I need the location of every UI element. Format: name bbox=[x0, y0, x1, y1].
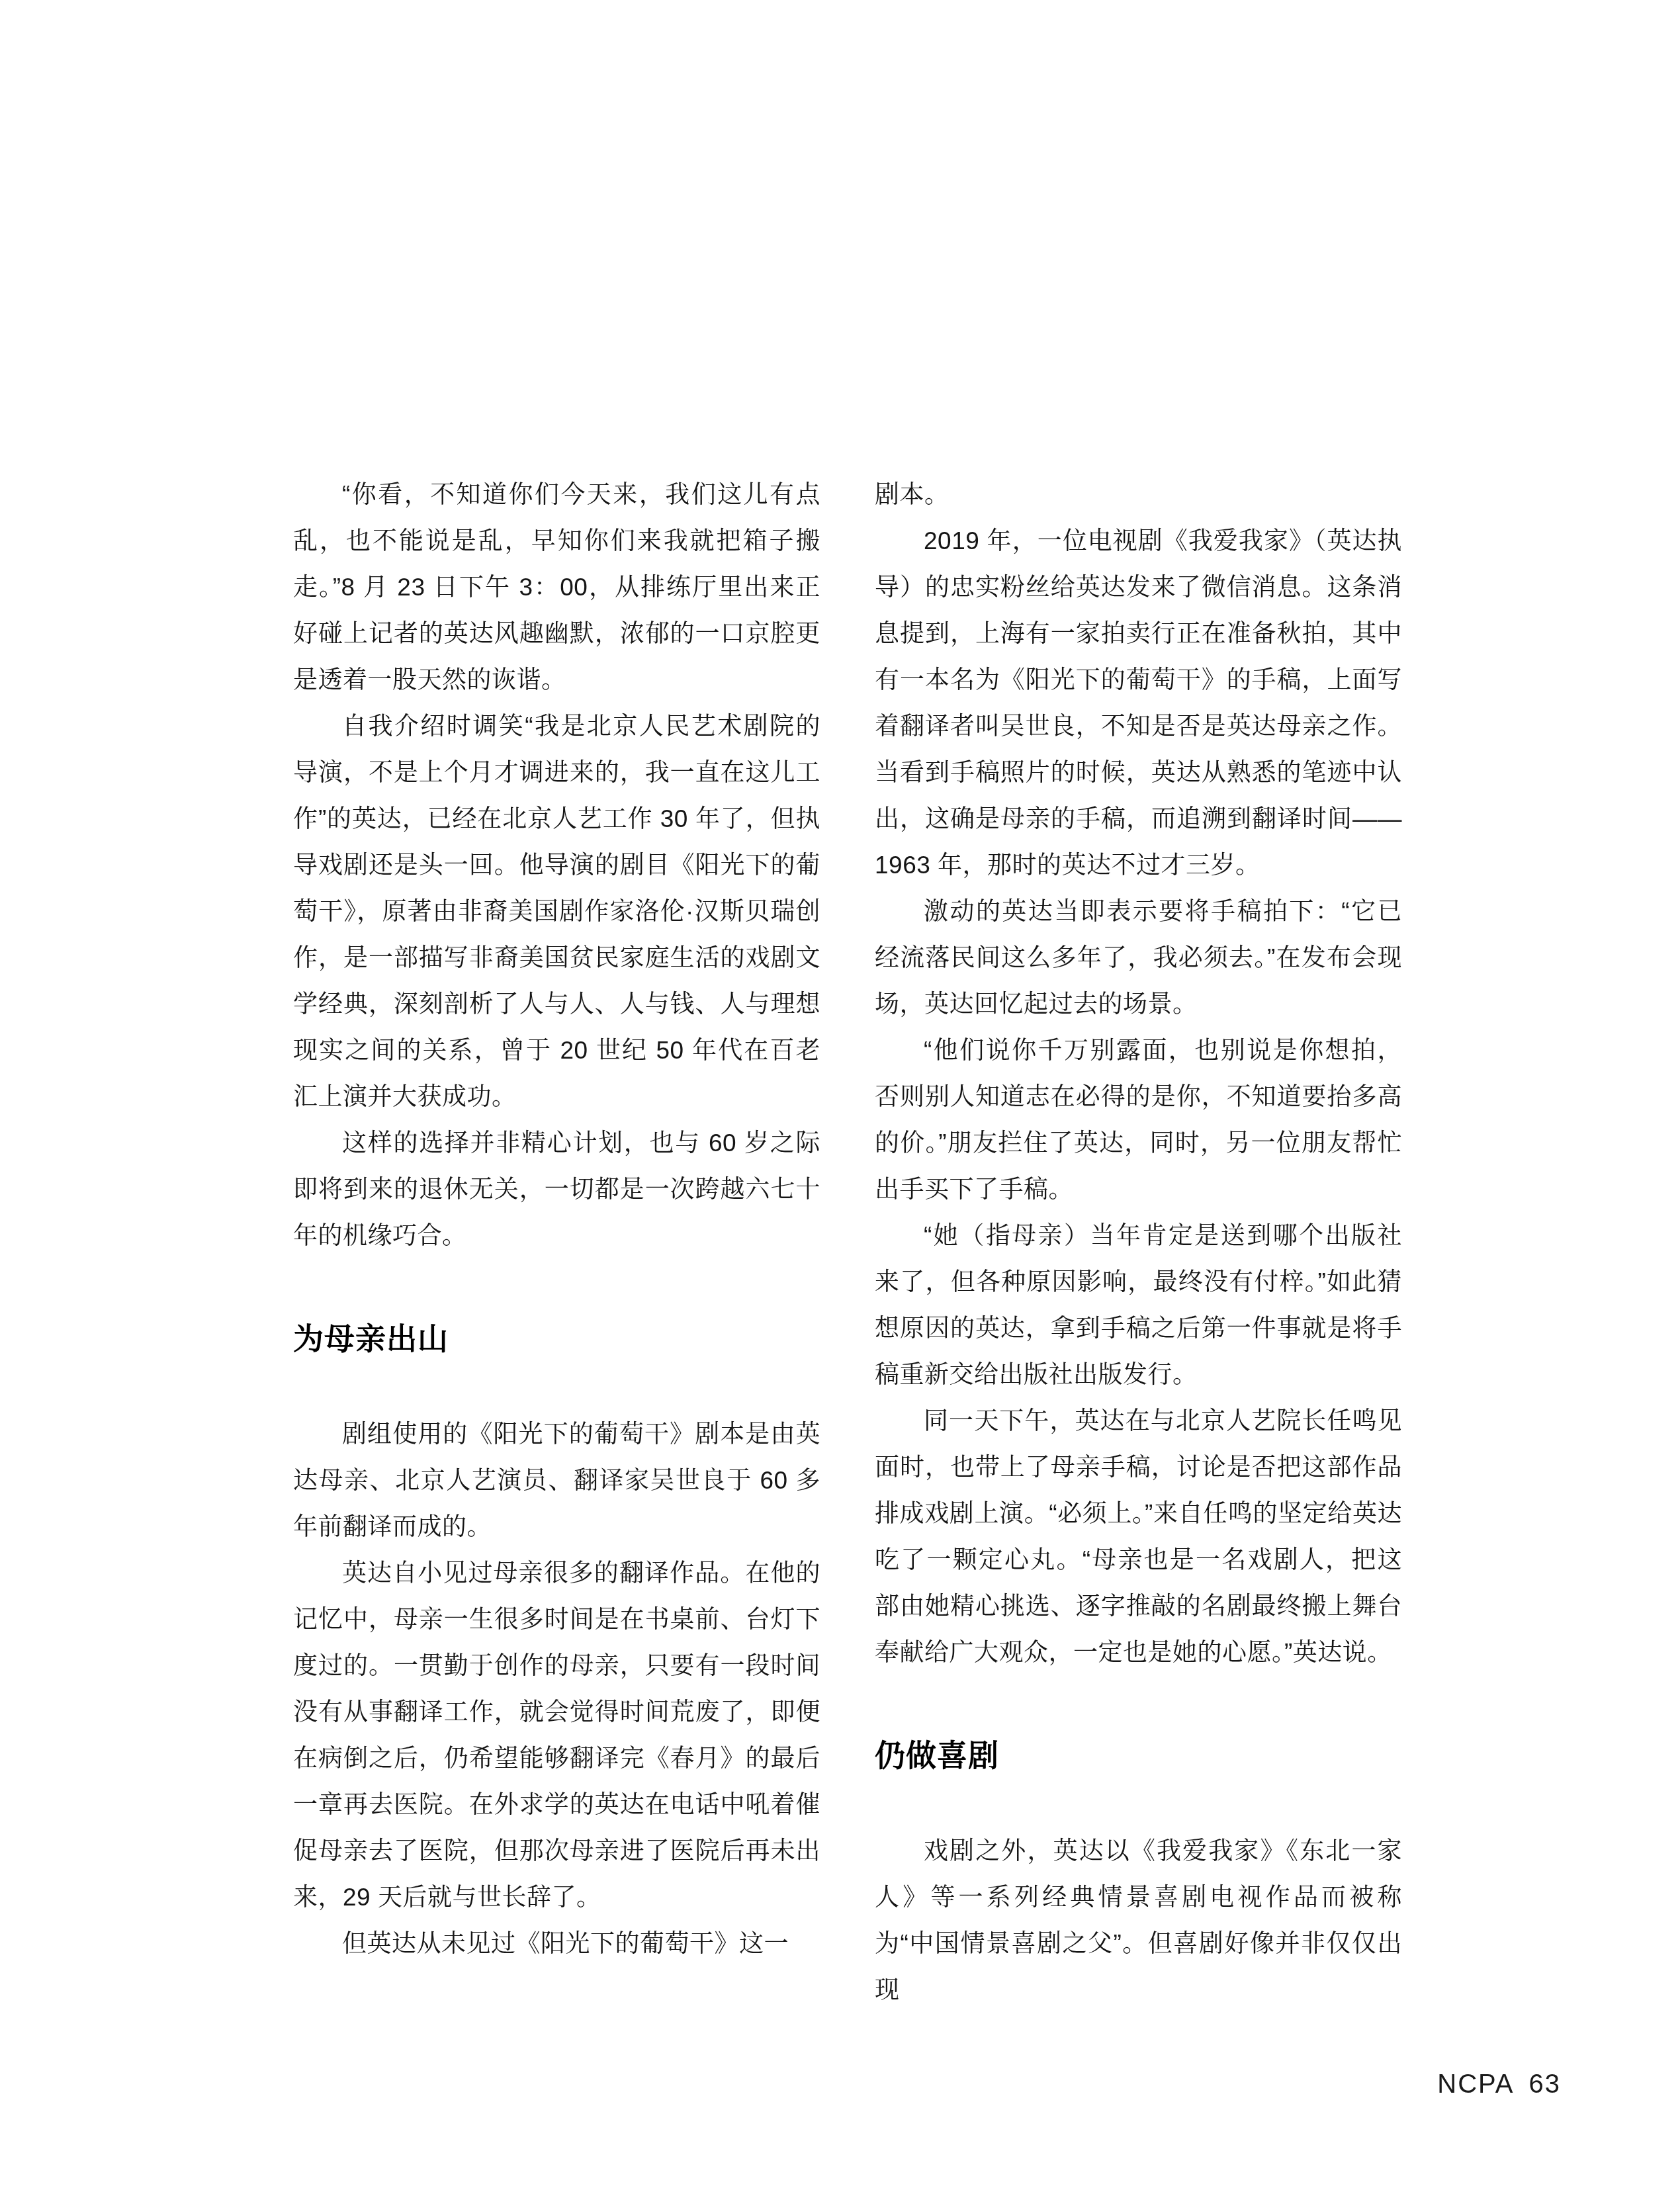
paragraph: “你看，不知道你们今天来，我们这儿有点乱，也不能说是乱，早知你们来我就把箱子搬走… bbox=[293, 472, 820, 703]
article-column-left: “你看，不知道你们今天来，我们这儿有点乱，也不能说是乱，早知你们来我就把箱子搬走… bbox=[293, 472, 820, 1967]
article-column-right: 剧本。2019 年，一位电视剧《我爱我家》（英达执导）的忠实粉丝给英达发来了微信… bbox=[875, 472, 1402, 2013]
paragraph: 英达自小见过母亲很多的翻译作品。在他的记忆中，母亲一生很多时间是在书桌前、台灯下… bbox=[293, 1550, 820, 1921]
paragraph: 剧本。 bbox=[875, 472, 1402, 518]
paragraph: 激动的英达当即表示要将手稿拍下：“它已经流落民间这么多年了，我必须去。”在发布会… bbox=[875, 889, 1402, 1028]
magazine-page: “你看，不知道你们今天来，我们这儿有点乱，也不能说是乱，早知你们来我就把箱子搬走… bbox=[0, 0, 1680, 2188]
paragraph: 这样的选择并非精心计划，也与 60 岁之际即将到来的退休无关，一切都是一次跨越六… bbox=[293, 1120, 820, 1259]
journal-code-label: NCPA bbox=[1437, 2070, 1514, 2099]
paragraph: 自我介绍时调笑“我是北京人民艺术剧院的导演，不是上个月才调进来的，我一直在这儿工… bbox=[293, 703, 820, 1120]
section-heading: 为母亲出山 bbox=[293, 1315, 820, 1362]
paragraph: “他们说你千万别露面，也别说是你想拍，否则别人知道志在必得的是你，不知道要抬多高… bbox=[875, 1028, 1402, 1213]
paragraph: 戏剧之外，英达以《我爱我家》《东北一家人》等一系列经典情景喜剧电视作品而被称为“… bbox=[875, 1828, 1402, 2013]
paragraph: 同一天下午，英达在与北京人艺院长任鸣见面时，也带上了母亲手稿，讨论是否把这部作品… bbox=[875, 1398, 1402, 1676]
page-number-label: 63 bbox=[1529, 2070, 1562, 2099]
paragraph: 2019 年，一位电视剧《我爱我家》（英达执导）的忠实粉丝给英达发来了微信消息。… bbox=[875, 518, 1402, 889]
paragraph: “她（指母亲）当年肯定是送到哪个出版社来了，但各种原因影响，最终没有付梓。”如此… bbox=[875, 1213, 1402, 1398]
paragraph: 但英达从未见过《阳光下的葡萄干》这一 bbox=[293, 1921, 820, 1967]
paragraph: 剧组使用的《阳光下的葡萄干》剧本是由英达母亲、北京人艺演员、翻译家吴世良于 60… bbox=[293, 1411, 820, 1550]
page-footer: NCPA63 bbox=[1437, 2068, 1561, 2100]
section-heading: 仍做喜剧 bbox=[875, 1732, 1402, 1778]
